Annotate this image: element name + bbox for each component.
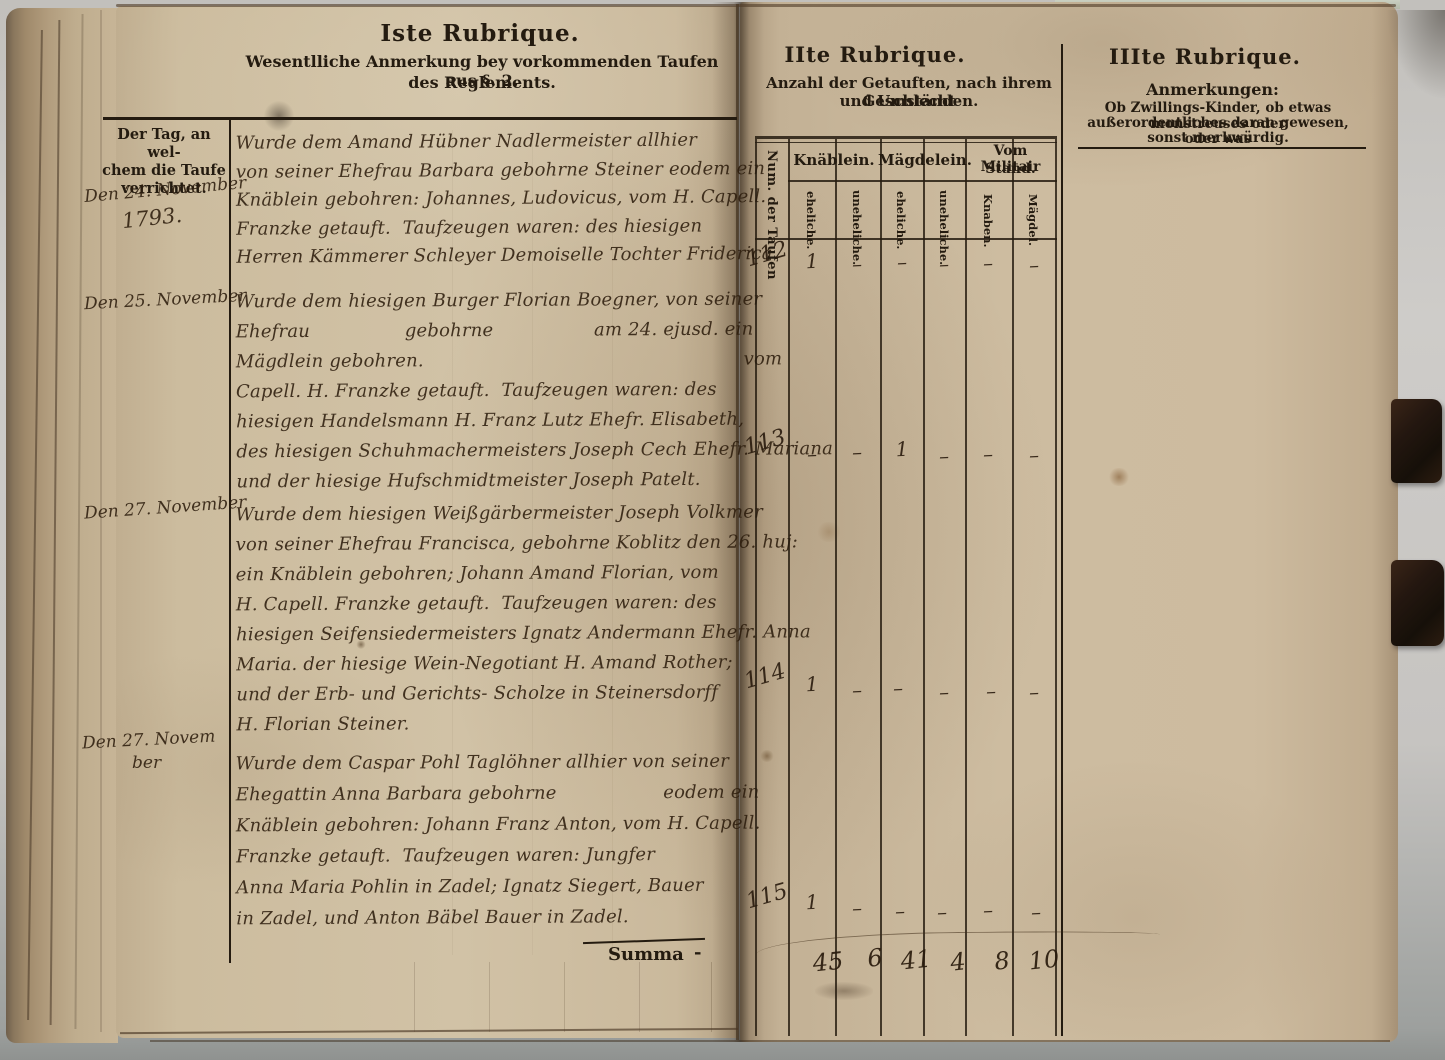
ruling-line: [414, 962, 415, 1032]
table-cell: –: [971, 441, 1004, 467]
ruling-line: [711, 962, 712, 1032]
subheader-text: Mägdel.: [1026, 194, 1040, 246]
group-header-militair-2: Stand.: [965, 161, 1056, 177]
paper-stain: [760, 750, 774, 762]
handwriting-line: in Zadel, und Anton Bäbel Bauer in Zadel…: [236, 906, 741, 940]
handwriting-line: Ehefrau gebohrne am 24. ejusd. ein: [236, 319, 741, 352]
subheader-text: Knaben.: [981, 194, 995, 248]
left-page-subtitle-2: des Reglements.: [236, 73, 728, 92]
table-vline: [835, 139, 837, 1036]
table-cell: –: [925, 899, 958, 925]
handwriting-line: und der hiesige Hufschmidtmeister Joseph…: [236, 469, 741, 502]
rubrique2-title: IIte Rubrique.: [755, 42, 995, 67]
handwriting-line: ein Knäblein gebohren; Johann Amand Flor…: [236, 562, 741, 595]
handwriting-line: Franzke getauft. Taufzeugen waren: Jungf…: [236, 844, 741, 878]
summa-total: 41: [895, 944, 938, 976]
table-cell: –: [840, 439, 873, 465]
handwriting-line: H. Florian Steiner.: [236, 712, 741, 745]
table-cell: –: [840, 895, 873, 921]
paper-stain: [816, 522, 842, 542]
handwriting-line: Herren Kämmerer Schleyer Demoiselle Toch…: [236, 243, 741, 275]
summa-dash: -: [694, 942, 701, 963]
ink-smudge: [815, 982, 873, 1000]
group-header-maegdelein: Mägdelein.: [878, 151, 966, 169]
table-cell: –: [795, 441, 828, 467]
shadow-spot: [264, 100, 294, 132]
table-vline: [1012, 139, 1014, 1036]
handwriting-line: des hiesigen Schuhmachermeisters Joseph …: [236, 439, 741, 472]
table-cell: –: [1019, 899, 1052, 925]
table-cell: –: [840, 251, 873, 277]
rubrique3-heading: Anmerkungen:: [1080, 80, 1345, 99]
handwriting-line: Knäblein gebohren: Johann Franz Anton, v…: [236, 813, 741, 847]
table-cell: 1: [795, 889, 828, 915]
handwriting-line: Mägdlein gebohren. vom: [236, 349, 741, 382]
table-cell: –: [1017, 252, 1050, 278]
date-header-line: Der Tag, an wel-: [100, 126, 228, 162]
rubrique-divider: [1061, 44, 1063, 1036]
table-cell: –: [927, 251, 960, 277]
handwriting-line: H. Capell. Franzke getauft. Taufzeugen w…: [236, 592, 741, 625]
table-cell: –: [881, 675, 914, 701]
table-cell: –: [927, 443, 960, 469]
baptism-entry-1: Wurde dem Amand Hübner Nadlermeister all…: [236, 129, 742, 275]
rubrique2-subtitle-2: und Umständen.: [755, 92, 1063, 110]
summa-total: 45: [807, 946, 850, 978]
baptism-entry-4: Wurde dem Caspar Pohl Taglöhner allhier …: [236, 751, 742, 940]
handwriting-line: Wurde dem Caspar Pohl Taglöhner allhier …: [236, 751, 741, 785]
leather-bookmark-tab: [1391, 399, 1442, 483]
summa-total: 4: [937, 946, 980, 978]
handwriting-line: Ehegattin Anna Barbara gebohrne eodem ei…: [236, 782, 741, 816]
table-cell: 1: [885, 436, 918, 462]
table-cell: –: [1017, 679, 1050, 705]
ruling-line: [639, 962, 640, 1032]
table-cell: 1: [795, 671, 828, 697]
subheader-text: eheliche.: [894, 191, 908, 249]
left-page-title: Iste Rubrique.: [240, 20, 720, 47]
table-cell: –: [1017, 442, 1050, 468]
handwriting-line: hiesigen Handelsmann H. Franz Lutz Ehefr…: [236, 409, 741, 442]
baptism-entry-2: Wurde dem hiesigen Burger Florian Boegne…: [235, 289, 741, 502]
page-stack-bottom-edge: [150, 1040, 1390, 1042]
summa-total: 10: [1023, 944, 1066, 976]
table-cell: –: [974, 678, 1007, 704]
handwriting-line: von seiner Ehefrau Barbara gebohrne Stei…: [236, 158, 741, 190]
photographed-baptism-register: Iste Rubrique. Wesentlliche Anmerkung be…: [0, 0, 1445, 1060]
rubrique3-line-3: sonst merkwürdig.: [1072, 130, 1364, 146]
baptism-entry-3: Wurde dem hiesigen Weißgärbermeister Jos…: [235, 502, 741, 745]
handwriting-line: Knäblein gebohren: Johannes, Ludovicus, …: [236, 186, 741, 218]
rubrique3-rule: [1078, 147, 1366, 149]
table-cell: –: [971, 897, 1004, 923]
summa-label: Summa: [608, 944, 684, 965]
table-cell: –: [883, 898, 916, 924]
table-vline: [880, 139, 882, 1036]
table-cell: –: [927, 679, 960, 705]
header-rule: [103, 117, 737, 120]
handwriting-line: Maria. der hiesige Wein-Negotiant H. Ama…: [236, 652, 741, 685]
table-cell: –: [840, 677, 873, 703]
ink-stain: [1108, 468, 1130, 486]
handwriting-line: Anna Maria Pohlin in Zadel; Ignatz Siege…: [236, 875, 741, 909]
entry-date: ber: [132, 753, 161, 773]
subheader-text: eheliche.: [804, 191, 818, 249]
table-cell: 1: [795, 248, 828, 274]
table-cell: –: [971, 250, 1004, 276]
handwriting-line: Franzke getauft. Taufzeugen waren: des h…: [236, 215, 741, 247]
book-top-edge: [116, 4, 1396, 7]
handwriting-line: hiesigen Seifensiedermeisters Ignatz And…: [236, 622, 741, 655]
handwriting-line: Wurde dem Amand Hübner Nadlermeister all…: [236, 129, 741, 161]
table-cell: –: [885, 249, 918, 275]
handwriting-line: und der Erb- und Gerichts- Scholze in St…: [236, 682, 741, 715]
corner-shadow: [1386, 10, 1445, 100]
handwriting-line: Wurde dem hiesigen Burger Florian Boegne…: [235, 289, 740, 322]
rubrique3-title: IIIte Rubrique.: [1080, 44, 1330, 69]
ruling-line: [489, 962, 490, 1032]
handwriting-line: Capell. H. Franzke getauft. Taufzeugen w…: [236, 379, 741, 412]
table-vline: [1055, 139, 1057, 1036]
date-column-divider: [229, 118, 231, 963]
table-vline: [965, 139, 967, 1036]
summa-total: 8: [981, 945, 1024, 977]
leather-bookmark-tab: [1391, 560, 1444, 646]
handwriting-line: Wurde dem hiesigen Weißgärbermeister Jos…: [235, 502, 740, 535]
group-header-knaeblein: Knäblein.: [788, 151, 880, 169]
summa-total: 6: [854, 942, 897, 974]
ruling-line: [564, 962, 565, 1032]
handwriting-line: von seiner Ehefrau Francisca, gebohrne K…: [236, 532, 741, 565]
